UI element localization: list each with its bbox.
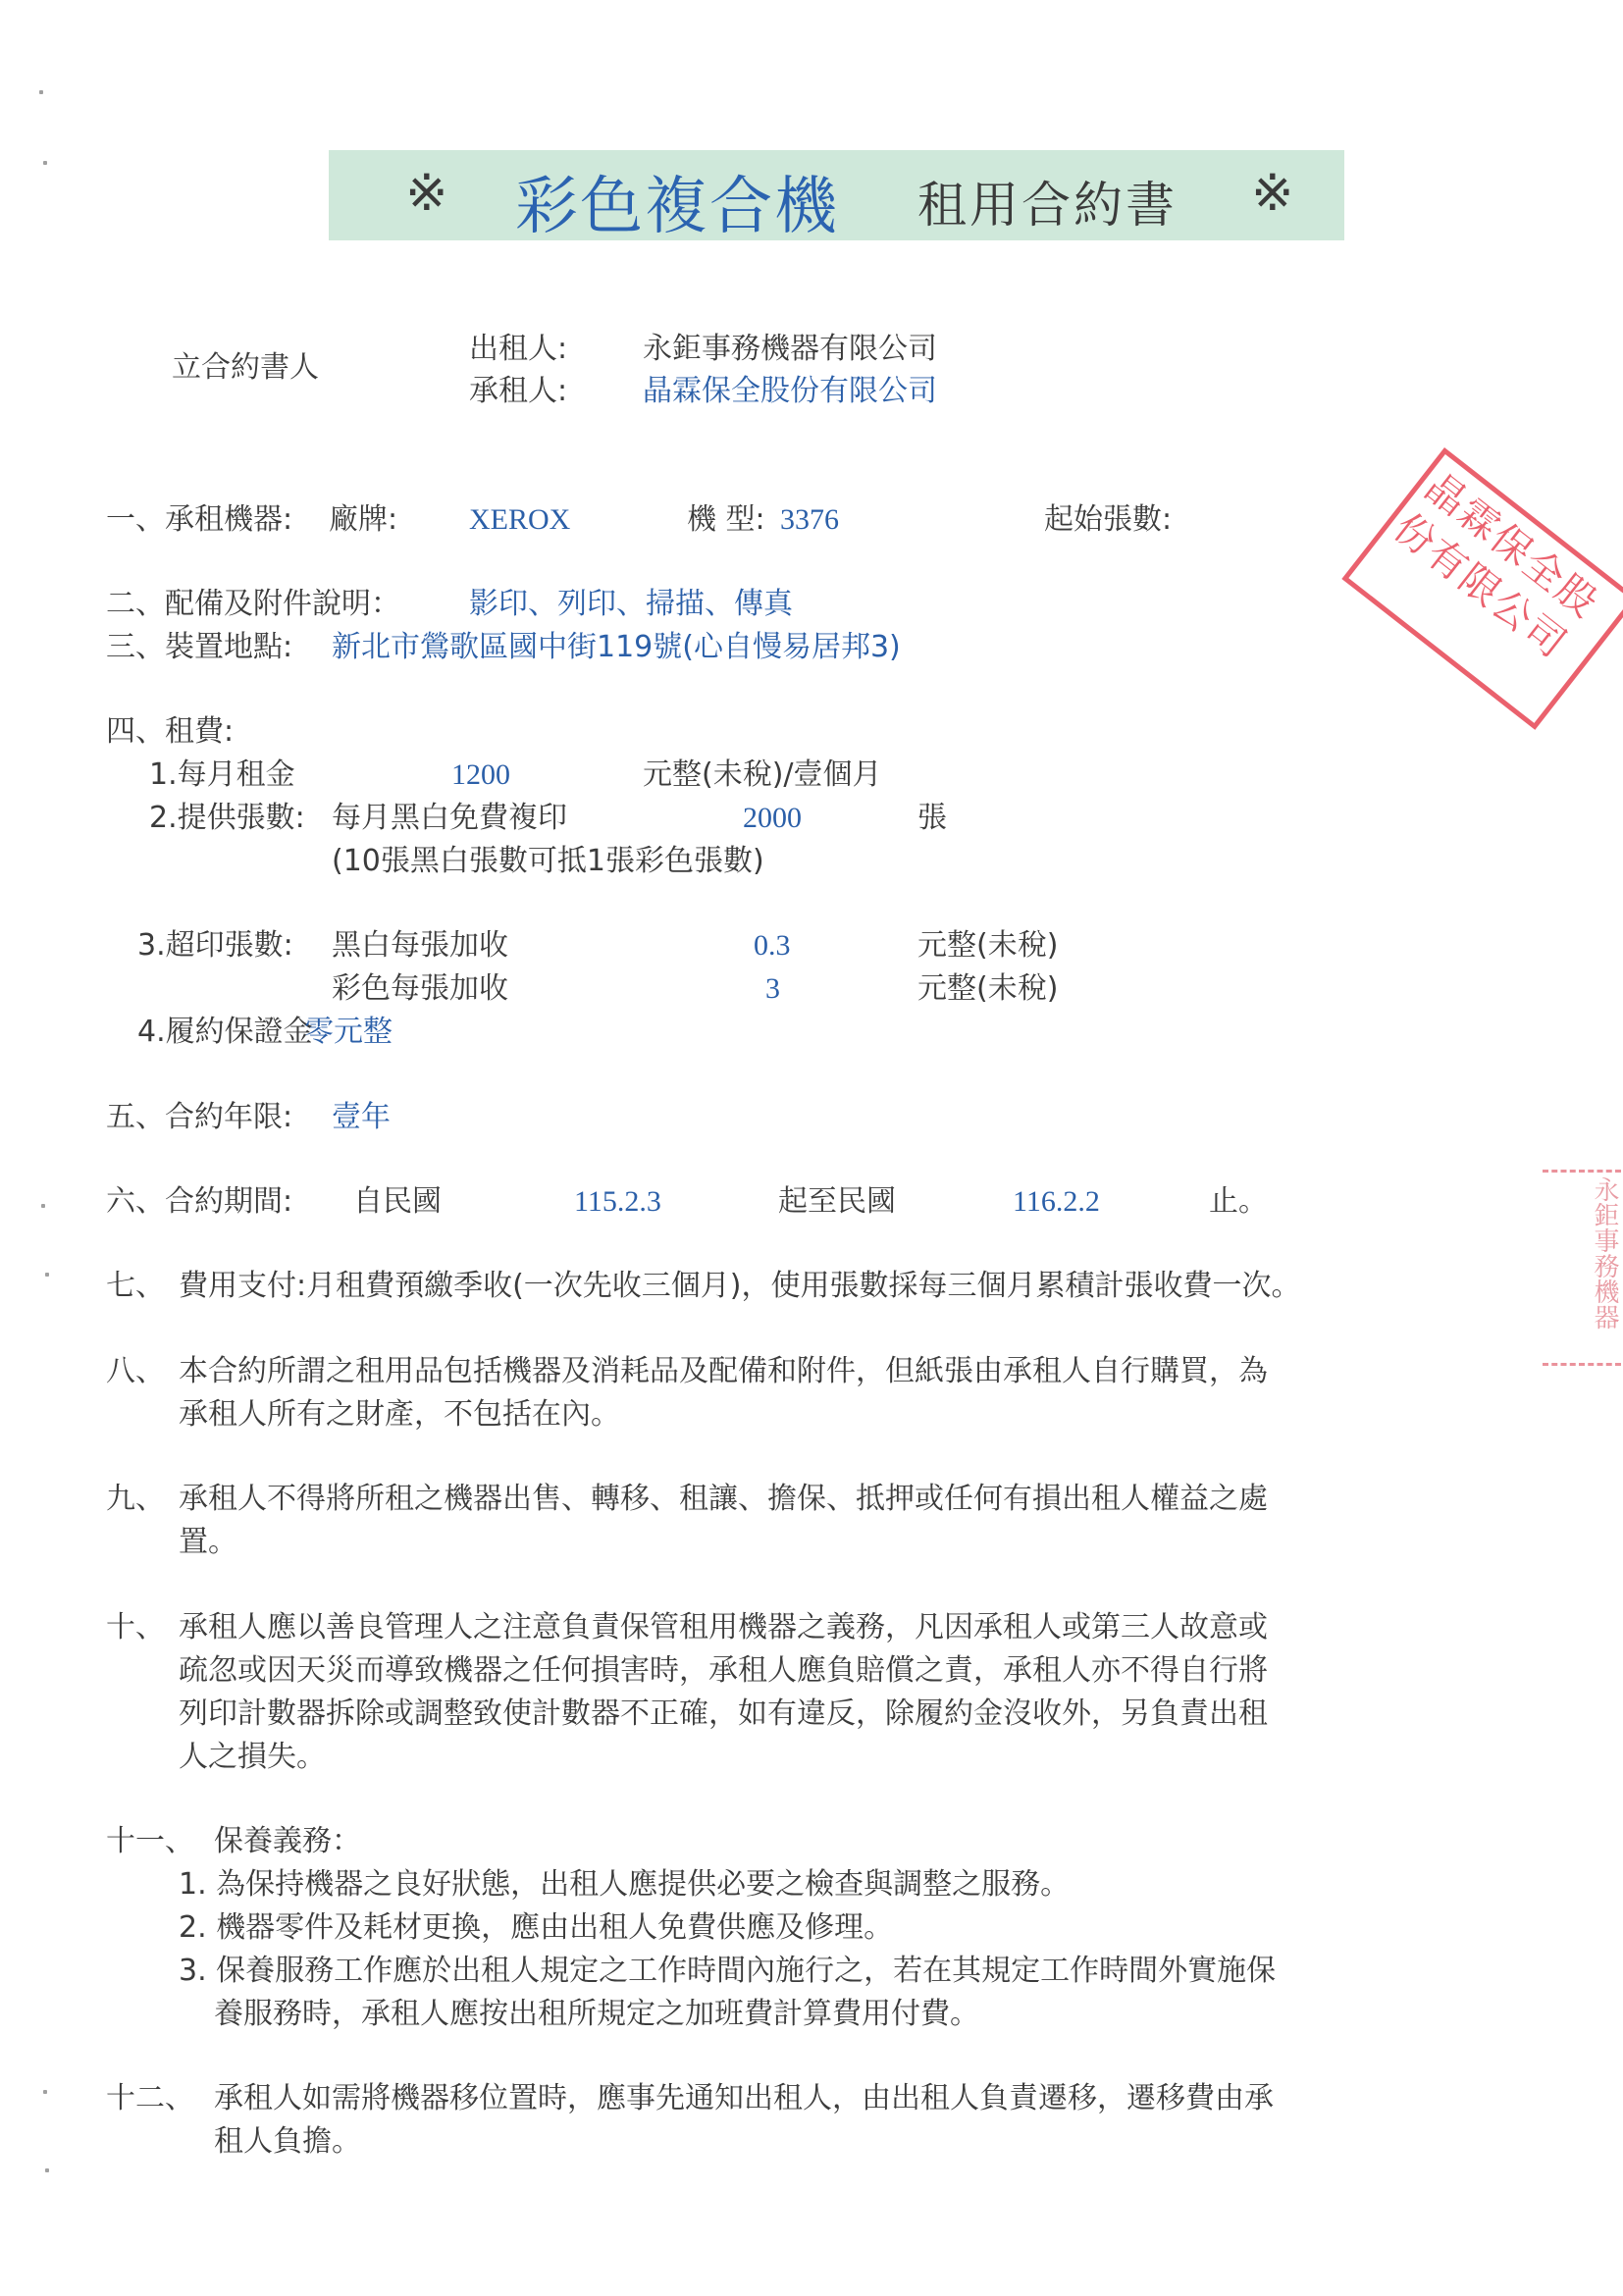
partial-seal-stamp: 永鉅事務機器 <box>1543 1170 1621 1366</box>
section12-num: 十二、 <box>106 2081 194 2116</box>
section10-num: 十、 <box>106 1610 165 1645</box>
section11-num: 十一、 <box>106 1824 194 1859</box>
section2-label: 二、配備及附件說明： <box>106 587 400 622</box>
scan-speck <box>45 2168 49 2172</box>
section11-item: 1. 為保持機器之良好狀態，出租人應提供必要之檢查與調整之服務。 <box>179 1867 1070 1903</box>
company-seal-stamp: 晶霖保全股份有限公司 <box>1263 447 1623 836</box>
title-banner: ※ 彩色複合機 租用合約書 ※ <box>329 150 1344 240</box>
lessor-name: 永鉅事務機器有限公司 <box>643 332 937 367</box>
section6-label: 六、合約期間: <box>106 1184 292 1220</box>
period-from-date: 115.2.3 <box>574 1184 661 1220</box>
section8-line: 本合約所謂之租用品包括機器及消耗品及配備和附件，但紙張由承租人自行購買，為 <box>179 1354 1268 1389</box>
section7-num: 七、 <box>106 1269 165 1304</box>
overage-color-value: 3 <box>765 971 780 1007</box>
overage-color-desc: 彩色每張加收 <box>332 971 508 1007</box>
monthly-rent-value: 1200 <box>451 757 510 793</box>
monthly-rent-unit: 元整(未稅)/壹個月 <box>643 757 882 793</box>
section2-value: 影印、列印、掃描、傳真 <box>469 587 793 622</box>
brand-value: XEROX <box>469 502 570 538</box>
title-main: 彩色複合機 <box>515 156 839 246</box>
scan-speck <box>39 90 43 94</box>
section3-value: 新北市鶯歌區國中街119號(心自慢易居邦3) <box>332 630 901 665</box>
section8-num: 八、 <box>106 1354 165 1389</box>
section10-line: 疏忽或因天災而導致機器之任何損害時，承租人應負賠償之責，承租人亦不得自行將 <box>179 1653 1268 1689</box>
section11-item: 養服務時，承租人應按出租所規定之加班費計算費用付費。 <box>214 1997 979 2032</box>
section7-line: 費用支付:月租費預繳季收(一次先收三個月)，使用張數採每三個月累積計張收費一次。 <box>179 1269 1301 1304</box>
section11-title: 保養義務： <box>214 1824 361 1859</box>
scan-speck <box>41 1204 45 1208</box>
section10-line: 列印計數器拆除或調整致使計數器不正確，如有違反，除履約金沒收外，另負責出租 <box>179 1696 1268 1732</box>
free-copies-value: 2000 <box>743 801 802 836</box>
section12-line: 承租人如需將機器移位置時，應事先通知出租人，由出租人負責遷移，遷移費由承 <box>214 2081 1274 2116</box>
free-copies-label: 2.提供張數: <box>149 801 305 836</box>
section4-label: 四、租費: <box>106 714 234 750</box>
monthly-rent-label: 1.每月租金 <box>149 757 295 793</box>
period-end: 止。 <box>1209 1184 1268 1220</box>
overage-bw-desc: 黑白每張加收 <box>332 928 508 964</box>
section9-line: 承租人不得將所租之機器出售、轉移、租讓、擔保、抵押或任何有損出租人權益之處 <box>179 1482 1268 1517</box>
section5-label: 五、合約年限: <box>106 1100 292 1135</box>
section9-line: 置。 <box>179 1525 237 1560</box>
section1-label: 一、承租機器: <box>106 502 292 538</box>
deposit-value: 零元整 <box>304 1015 393 1050</box>
title-sub: 租用合約書 <box>917 166 1178 236</box>
scan-speck <box>45 1273 49 1277</box>
lessee-label: 承租人: <box>469 374 567 409</box>
period-from-label: 自民國 <box>353 1184 442 1220</box>
deposit-label: 4.履約保證金 <box>137 1015 313 1050</box>
section11-item: 2. 機器零件及耗材更換，應由出租人免費供應及修理。 <box>179 1910 893 1946</box>
section8-line: 承租人所有之財產，不包括在內。 <box>179 1397 620 1433</box>
section3-label: 三、裝置地點: <box>106 630 292 665</box>
lessor-label: 出租人: <box>469 332 567 367</box>
section9-num: 九、 <box>106 1482 165 1517</box>
period-to-label: 起至民國 <box>778 1184 896 1220</box>
model-value: 3376 <box>780 502 839 538</box>
start-count-label: 起始張數: <box>1044 502 1172 538</box>
lessee-name: 晶霖保全股份有限公司 <box>643 374 937 409</box>
free-copies-unit: 張 <box>917 801 947 836</box>
company-seal-text: 晶霖保全股份有限公司 <box>1341 447 1623 730</box>
parties-label: 立合約書人 <box>172 350 319 386</box>
overage-label: 3.超印張數: <box>137 928 293 964</box>
section10-line: 承租人應以善良管理人之注意負責保管租用機器之義務，凡因承租人或第三人故意或 <box>179 1610 1268 1645</box>
free-copies-note: (10張黑白張數可抵1張彩色張數) <box>332 844 764 879</box>
free-copies-desc: 每月黑白免費複印 <box>332 801 567 836</box>
reference-mark-right: ※ <box>1251 164 1294 223</box>
model-label: 機 型: <box>687 502 765 538</box>
brand-label: 廠牌: <box>329 502 397 538</box>
scan-speck <box>43 2090 47 2094</box>
overage-bw-value: 0.3 <box>754 928 791 964</box>
section10-line: 人之損失。 <box>179 1740 326 1775</box>
section5-value: 壹年 <box>332 1100 391 1135</box>
section11-item: 3. 保養服務工作應於出租人規定之工作時間內施行之，若在其規定工作時間外實施保 <box>179 1954 1276 1989</box>
scan-speck <box>43 161 47 165</box>
period-to-date: 116.2.2 <box>1013 1184 1100 1220</box>
section12-line: 租人負擔。 <box>214 2124 361 2160</box>
overage-bw-unit: 元整(未稅) <box>917 928 1058 964</box>
reference-mark-left: ※ <box>405 164 448 223</box>
overage-color-unit: 元整(未稅) <box>917 971 1058 1007</box>
